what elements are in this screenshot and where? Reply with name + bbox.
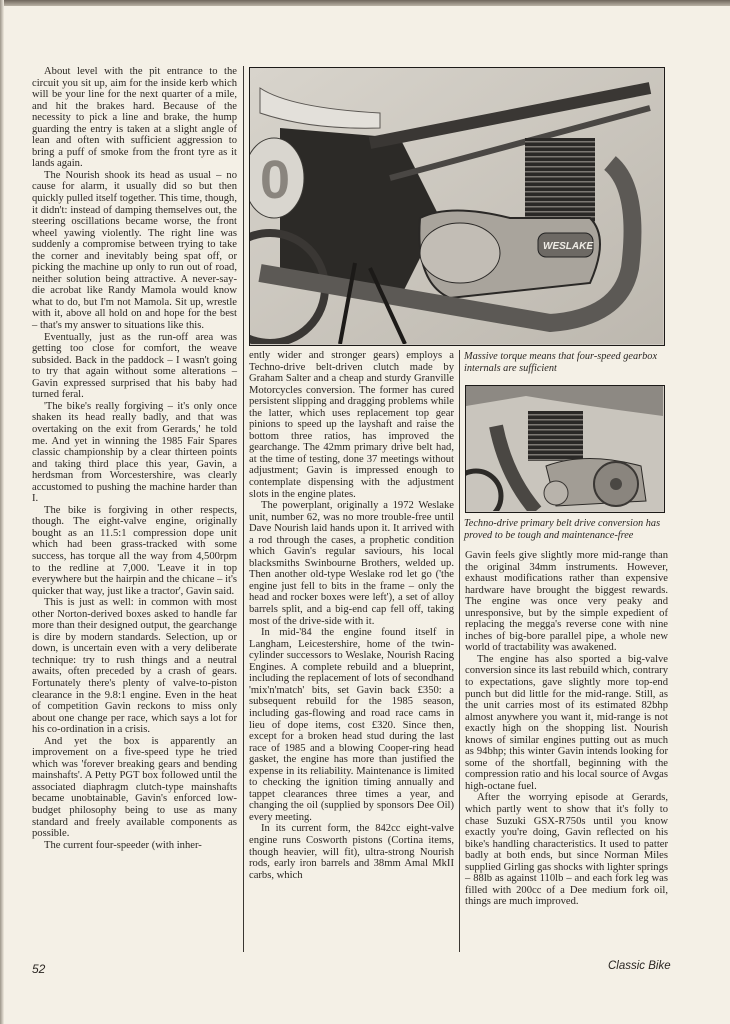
engine-side-view-photo: 0 WESLAKE <box>249 67 665 346</box>
motorcycle-engine-illustration: 0 WESLAKE <box>250 68 663 344</box>
paragraph: This is just as well: in common with mos… <box>32 597 237 736</box>
paragraph: The powerplant, originally a 1972 Weslak… <box>249 500 454 627</box>
article-column-3: Gavin feels give slightly more mid-range… <box>465 550 668 908</box>
paragraph: Gavin feels give slightly more mid-range… <box>465 550 668 654</box>
paragraph: 'The bike's really forgiving – it's only… <box>32 401 237 505</box>
scan-top-edge <box>0 0 730 6</box>
svg-text:0: 0 <box>260 150 290 210</box>
scan-binding-edge <box>0 0 4 1024</box>
page-number: 52 <box>32 962 45 976</box>
paragraph: About level with the pit entrance to the… <box>32 66 237 170</box>
paragraph: Eventually, just as the run-off area was… <box>32 332 237 401</box>
belt-drive-illustration <box>466 386 663 511</box>
article-column-1: About level with the pit entrance to the… <box>32 66 237 851</box>
photo-caption-2: Techno-drive primary belt drive conversi… <box>464 518 674 542</box>
paragraph: The Nourish shook its head as usual – no… <box>32 170 237 332</box>
column-divider <box>243 66 244 952</box>
column-divider <box>459 350 460 952</box>
article-column-2: ently wider and stronger gears) employs … <box>249 350 454 881</box>
publication-folio: Classic Bike <box>608 960 671 972</box>
primary-belt-drive-photo <box>465 385 665 513</box>
svg-text:WESLAKE: WESLAKE <box>543 241 593 252</box>
paragraph: And yet the box is apparently an improve… <box>32 736 237 840</box>
paragraph: In mid-'84 the engine found itself in La… <box>249 627 454 823</box>
paragraph: The bike is forgiving in other respects,… <box>32 505 237 597</box>
paragraph: ently wider and stronger gears) employs … <box>249 350 454 500</box>
paragraph: The current four-speeder (with inher- <box>32 840 237 852</box>
paragraph: In its current form, the 842cc eight-val… <box>249 823 454 881</box>
paragraph: After the worrying episode at Gerards, w… <box>465 792 668 907</box>
paragraph: The engine has also sported a big-valve … <box>465 654 668 793</box>
photo-caption-1: Massive torque means that four-speed gea… <box>464 351 669 375</box>
